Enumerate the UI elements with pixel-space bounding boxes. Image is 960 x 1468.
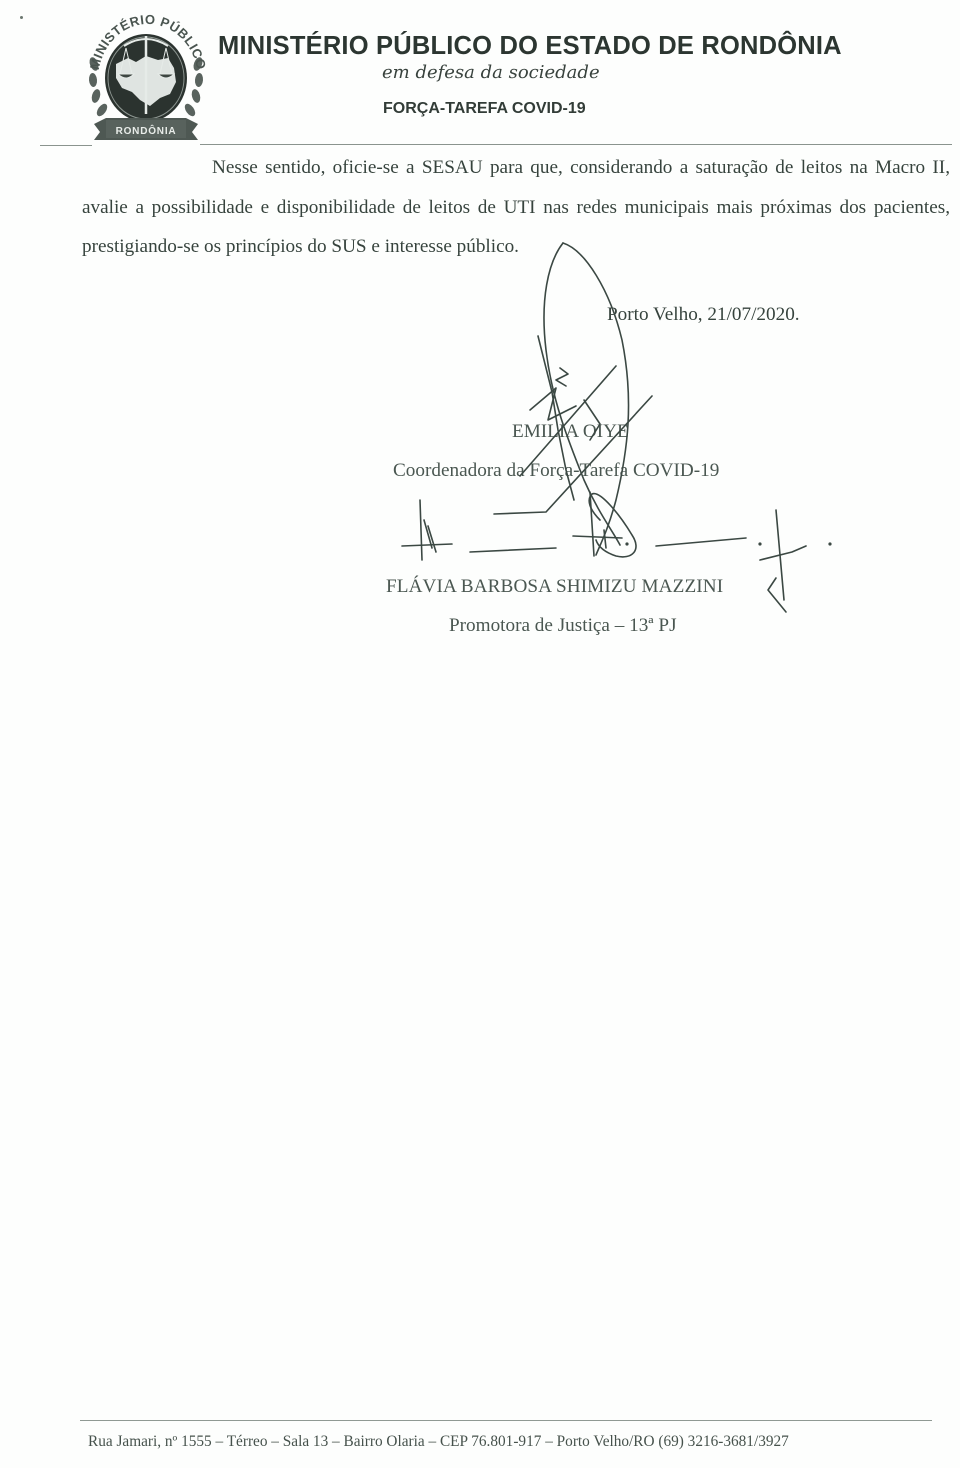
task-force-subtitle: FORÇA-TAREFA COVID-19 <box>383 100 586 118</box>
svg-text:RONDÔNIA: RONDÔNIA <box>116 124 177 137</box>
signatory-role: Coordenadora da Força-Tarefa COVID-19 <box>393 460 719 482</box>
header-divider-left <box>40 145 92 146</box>
place-date: Porto Velho, 21/07/2020. <box>607 304 800 326</box>
institution-title: MINISTÉRIO PÚBLICO DO ESTADO DE RONDÔNIA <box>218 32 918 61</box>
ministerio-publico-seal-icon: MINISTÉRIO PÚBLICO RONDÔNIA <box>80 2 212 150</box>
footer-divider <box>80 1420 932 1421</box>
body-paragraph: Nesse sentido, oficie-se a SESAU para qu… <box>82 148 950 267</box>
signatory-role: Promotora de Justiça – 13ª PJ <box>449 615 677 637</box>
signatory-name: EMILIA OIYE <box>512 421 629 443</box>
signatory-name: FLÁVIA BARBOSA SHIMIZU MAZZINI <box>386 576 723 598</box>
scan-speck <box>20 16 23 19</box>
footer-address: Rua Jamari, nº 1555 – Térreo – Sala 13 –… <box>88 1433 948 1451</box>
institution-motto: em defesa da sociedade <box>382 62 600 83</box>
header-divider-right <box>200 144 952 145</box>
